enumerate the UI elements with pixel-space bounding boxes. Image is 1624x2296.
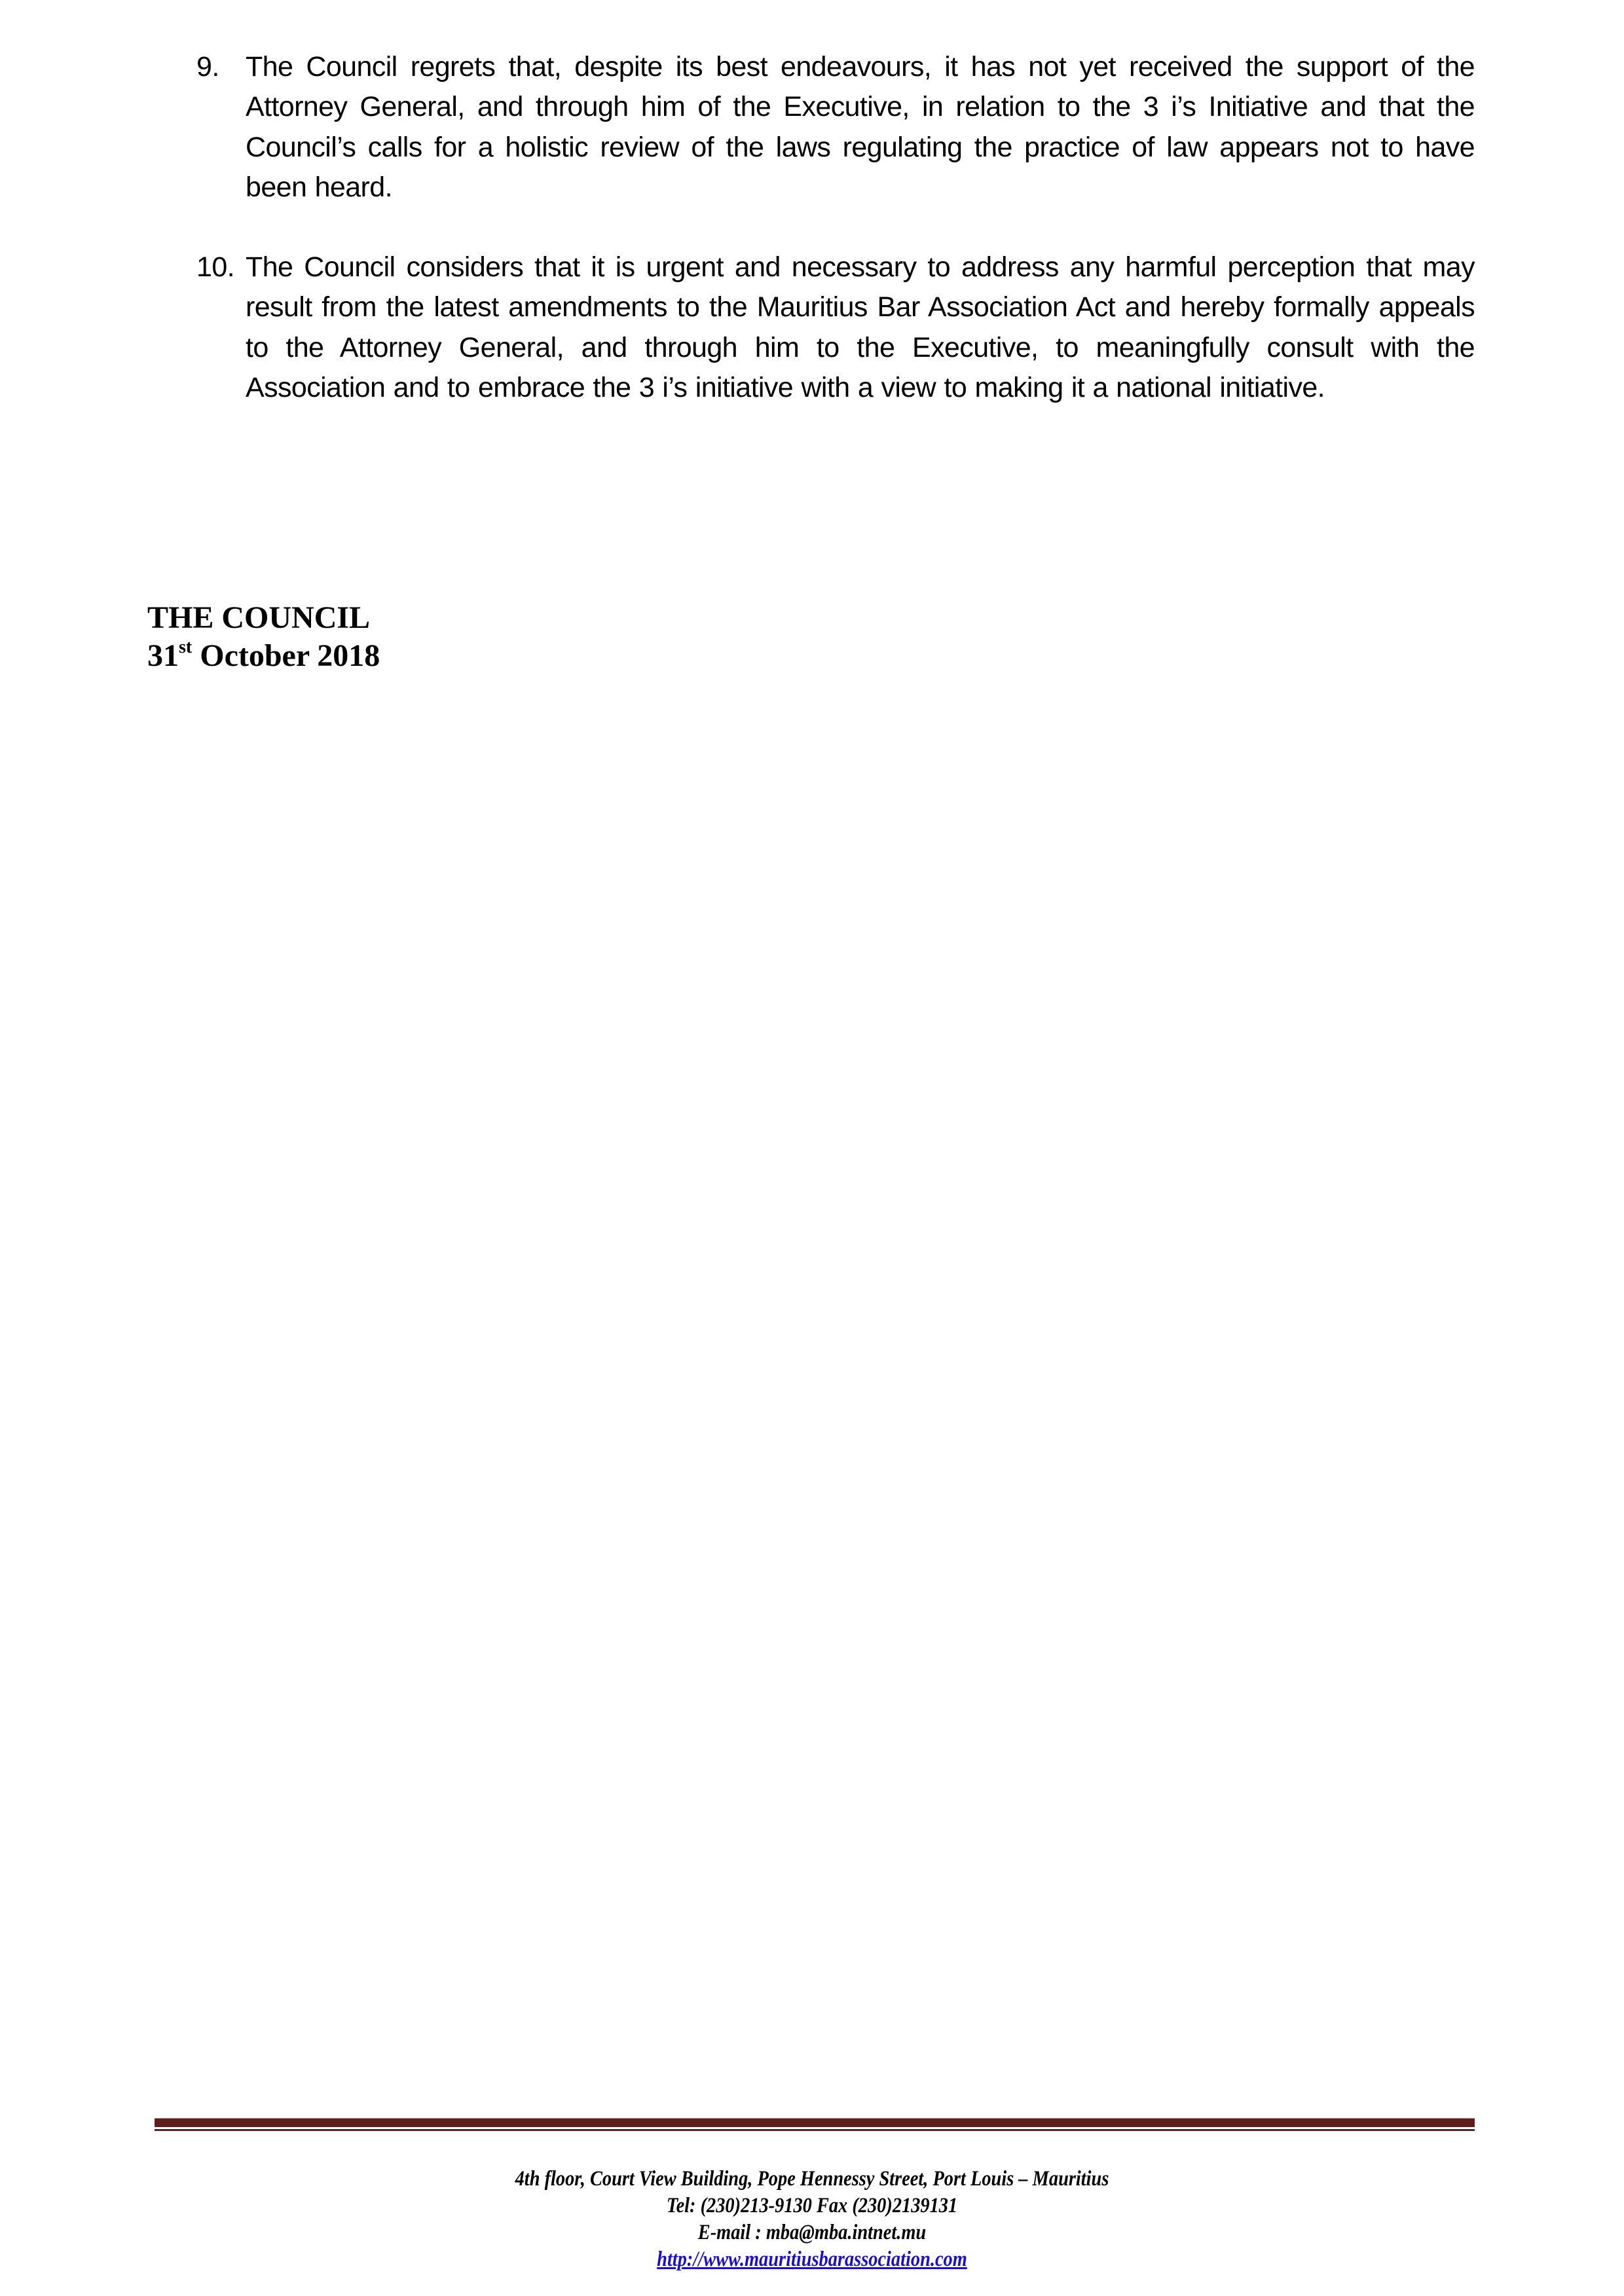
paragraph-text: The Council considers that it is urgent … bbox=[246, 247, 1475, 408]
paragraph-10: 10. The Council considers that it is urg… bbox=[196, 247, 1475, 408]
signature-author: THE COUNCIL bbox=[147, 599, 380, 637]
document-page: 9. The Council regrets that, despite its… bbox=[0, 0, 1624, 2296]
date-suffix: st bbox=[179, 637, 192, 657]
footer-divider-thick bbox=[155, 2118, 1475, 2127]
paragraph-number: 10. bbox=[196, 247, 246, 287]
footer-address: 4th floor, Court View Building, Pope Hen… bbox=[114, 2166, 1511, 2193]
footer-divider-thin bbox=[155, 2129, 1475, 2131]
footer-phone-fax: Tel: (230)213-9130 Fax (230)2139131 bbox=[114, 2193, 1511, 2219]
numbered-paragraphs: 9. The Council regrets that, despite its… bbox=[196, 47, 1475, 448]
paragraph-9: 9. The Council regrets that, despite its… bbox=[196, 47, 1475, 208]
date-rest: October 2018 bbox=[192, 638, 380, 673]
signature-block: THE COUNCIL 31st October 2018 bbox=[147, 599, 380, 675]
paragraph-text: The Council regrets that, despite its be… bbox=[246, 47, 1475, 208]
paragraph-number: 9. bbox=[196, 47, 246, 87]
date-day: 31 bbox=[147, 638, 179, 673]
footer: 4th floor, Court View Building, Pope Hen… bbox=[0, 2166, 1624, 2273]
signature-date: 31st October 2018 bbox=[147, 637, 380, 675]
footer-email: E-mail : mba@mba.intnet.mu bbox=[114, 2219, 1511, 2246]
footer-website-link[interactable]: http://www.mauritiusbarassociation.com bbox=[657, 2248, 967, 2271]
